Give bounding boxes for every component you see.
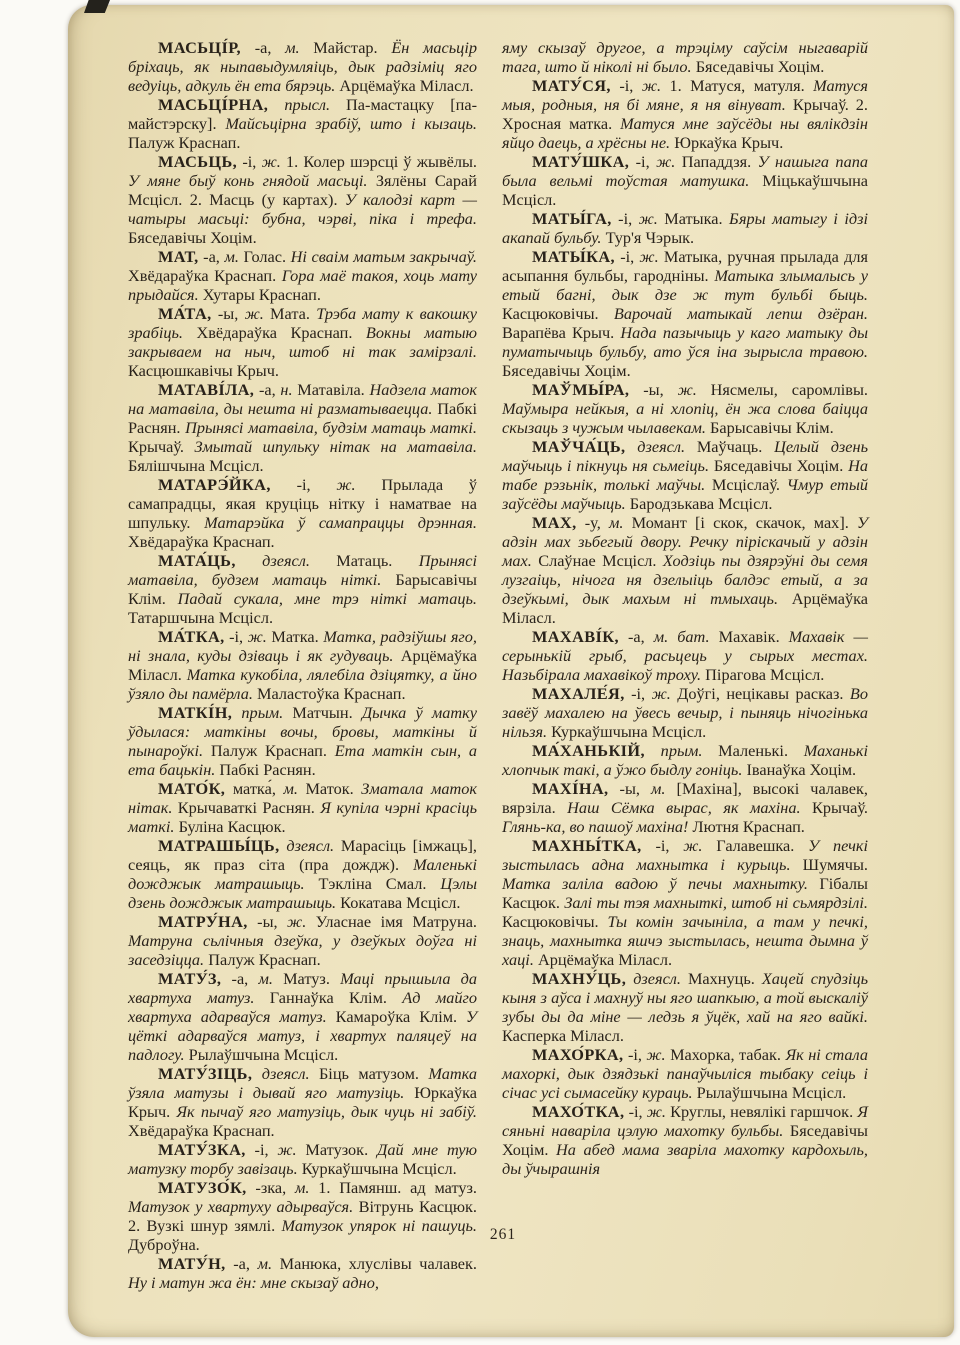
italic-text: ж. [656,152,675,171]
headword: МАХНЫ́ТКА, [532,836,642,855]
plain-text: Куркаўшчына Мсцісл. [547,722,706,741]
italic-text: н. [280,380,292,399]
italic-text: м. [258,969,272,988]
plain-text: 1. Памянш. ад матуз. [309,1178,477,1197]
headword: МАТЫ́ГА, [532,209,612,228]
scanned-book-page: МАСЬЦІ́Р, -а, м. Майстар. Ён масьцір брі… [0,0,960,1345]
dictionary-entry: МАТА́ЦЬ, дзеясл. Матаць. Прынясі матавіл… [128,551,477,627]
italic-text: Майсьцірна зрабіў, што і кызаць. [225,114,477,133]
italic-text: ж. [642,76,661,95]
plain-text: Касцюшкавічы Крыч. [128,361,279,380]
plain-text: Татаршчына Мсцісл. [128,608,273,627]
left-column: МАСЬЦІ́Р, -а, м. Майстар. Ён масьцір брі… [128,38,477,1292]
italic-text: ж. [287,912,306,931]
headword: МА́ТА, [158,304,212,323]
dictionary-entry: МАТУЗО́К, -зка, м. 1. Памянш. ад матуз. … [128,1178,477,1254]
plain-text: -ы, [248,912,287,931]
dictionary-entry: МАТРУ́НА, -ы, ж. Уласнае імя Матруна. Ма… [128,912,477,969]
plain-text: 1. Матуся, матуля. [661,76,813,95]
italic-text: Ну і матун жа ён: мне скызаў адно, [128,1273,379,1292]
italic-text: Матузок упярок ні пашуць. [282,1216,477,1235]
plain-text: Маластоўка Краснап. [253,684,406,703]
headword: МАТА́ЦЬ, [158,551,236,570]
plain-text: Махнуць. [681,969,762,988]
plain-text: Мсціслаў. [705,475,786,494]
plain-text: -і, [237,152,261,171]
headword: МАТУЗО́К, [158,1178,247,1197]
plain-text: 1. Колер шэрсці ў жывёлы. [281,152,477,171]
headword: МАСЬЦЬ, [158,152,237,171]
dictionary-entry: МАЎМЫ́РА, -ы, ж. Нясмелы, саромлівы. Маў… [502,380,868,437]
dictionary-entry: МАХНЫ́ТКА, -і, ж. Галавешка. У печкі зыс… [502,836,868,969]
plain-text: Варапёва Крыч. [502,323,620,342]
plain-text: -і, [642,836,684,855]
dictionary-entry: МАТ, -а, м. Голас. Ні сваім матым закрыч… [128,247,477,304]
headword: МАТУ́З, [158,969,221,988]
dictionary-entry: МАХ, -у, м. Момант [і скок, скачок, мах]… [502,513,868,627]
headword: МАТУ́ШКА, [532,152,629,171]
plain-text: Махорка, табак. [666,1045,786,1064]
plain-text: Бяседавічы Хоцім. [692,57,825,76]
italic-text: Матузок у хвартуху адырваўся. [128,1197,353,1216]
dictionary-entry: МАХАЛЕ́Я, -і, ж. Доўгі, нецікавы расказ.… [502,684,868,741]
plain-text: Мата. [264,304,316,323]
headword: МАХІ́НА, [532,779,609,798]
plain-text: Пірагова Мсцісл. [701,665,824,684]
plain-text [625,437,637,456]
plain-text: Палуж Краснап. [203,741,335,760]
dictionary-entry: МАТЫ́КА, -і, ж. Матыка, ручная прылада д… [502,247,868,380]
plain-text: Касцюковічы. [502,304,614,323]
plain-text: Маток. [298,779,361,798]
plain-text: Хвёдараўка Краснап. [128,1121,275,1140]
plain-text: Матавіла. [293,380,370,399]
plain-text: Матузок. [297,1140,377,1159]
headword: МАТАВІ́ЛА, [158,380,254,399]
italic-text: ж. [647,1102,666,1121]
plain-text: Камароўка Клім. [327,1007,466,1026]
headword: МАТУ́СЯ, [532,76,611,95]
plain-text: -і, [624,1102,646,1121]
plain-text: -і, [271,475,337,494]
plain-text: -а, [254,380,280,399]
dictionary-entry: МАХО́РКА, -і, ж. Махорка, табак. Як ні с… [502,1045,868,1102]
headword: МАТЫ́КА, [532,247,615,266]
plain-text: Матуз. [273,969,340,988]
italic-text: Залі ты тэя махныткі, штоб ні сьмярдзілі… [564,893,868,912]
plain-text: Майстар. [300,38,392,57]
headword: МАЎМЫ́РА, [532,380,629,399]
italic-text: дзеясл. [262,1064,310,1083]
italic-text: прым. [241,703,283,722]
dictionary-entry: МАТКІ́Н, прым. Матчын. Дычка ў матку ўды… [128,703,477,779]
italic-text: Прынясі матавіла, будзім матаць маткі. [185,418,477,437]
plain-text: Палуж Краснап. [204,950,321,969]
dictionary-entry-continuation: яму скызаў другое, а трэціму саўсім ныга… [502,38,868,76]
italic-text: дзеясл. [633,969,681,988]
italic-text: Матка заліла вадою ў печы махнытку. [502,874,808,893]
plain-text: Доўгі, нецікавы расказ. [671,684,850,703]
italic-text: ж. [336,475,355,494]
italic-text: ж. [639,247,658,266]
dictionary-entry: МАТО́К, матка́, м. Маток. Зматала маток … [128,779,477,836]
headword: МАТУ́Н, [158,1254,226,1273]
plain-text: Шумячы. [791,855,868,874]
dictionary-entry: МАТАРЭ́ЙКА, -і, ж. Прылада ў самапрадцы,… [128,475,477,551]
italic-text: Наш Сёмка вырас, як махіна. [567,798,800,817]
plain-text: -ы, [629,380,677,399]
plain-text: -і, [611,76,642,95]
plain-text: Галавешка. [703,836,809,855]
plain-text: -у, [577,513,609,532]
plain-text: -а, [221,969,258,988]
plain-text: Уласнае імя Матруна. [306,912,477,931]
italic-text: У мяне быў конь гнядой масьці. [128,171,367,190]
italic-text: м. [609,513,623,532]
plain-text: матка́, [225,779,283,798]
plain-text: Пабкі Раснян. [215,760,315,779]
headword: МАХНУ́ЦЬ, [532,969,626,988]
headword: МАТ, [158,247,199,266]
dictionary-entry: МАТРАШЫ́ЦЬ, дзеясл. Марасіць [імжаць], с… [128,836,477,912]
headword: МАЎЧА́ЦЬ, [532,437,625,456]
dictionary-entry: МАТУ́СЯ, -і, ж. 1. Матуся, матуля. Матус… [502,76,868,152]
plain-text: Матка. [267,627,323,646]
italic-text: м. [258,1254,272,1273]
headword: МАТРАШЫ́ЦЬ, [158,836,280,855]
italic-text: м. [224,247,238,266]
italic-text: ж. [639,209,658,228]
plain-text: -і, [629,152,656,171]
plain-text: Арцёмаўка Міласл. [534,950,672,969]
page-number: 261 [463,1226,543,1244]
plain-text: Пападдзя. [675,152,757,171]
headword: МА́ХАНЬКІЙ, [532,741,645,760]
plain-text: Рылаўшчына Мсцісл. [185,1045,339,1064]
italic-text: ж. [245,304,264,323]
italic-text: Змытай шпульку нітак на матавіла. [194,437,477,456]
italic-text: Ні сваім матым закрычаў. [291,247,477,266]
headword: МАТКІ́Н, [158,703,232,722]
headword: МАТРУ́НА, [158,912,248,931]
plain-text: Хвёдараўка Краснап. [128,266,282,285]
plain-text: Матчын. [283,703,362,722]
plain-text: Бяседавічы Хоцім. [128,228,257,247]
dictionary-entry: МАСЬЦІ́Р, -а, м. Майстар. Ён масьцір брі… [128,38,477,95]
headword: МАСЬЦІ́Р, [158,38,241,57]
plain-text: -зка, [247,1178,295,1197]
dictionary-entry: МАХНУ́ЦЬ, дзеясл. Махнуць. Хацей спудзіц… [502,969,868,1045]
plain-text: -а, [241,38,285,57]
plain-text [645,741,661,760]
plain-text: Крычаў. [128,437,194,456]
page-paper: МАСЬЦІ́Р, -а, м. Майстар. Ён масьцір брі… [68,5,954,1337]
plain-text: Біць матузом. [310,1064,429,1083]
italic-text: м. [283,779,297,798]
italic-text: м. бат. [654,627,710,646]
dictionary-entry: МАТУ́ШКА, -і, ж. Пападдзя. У нашыга папа… [502,152,868,209]
plain-text: Ганнаўка Клім. [254,988,402,1007]
plain-text: Хвёдараўка Краснап. [128,532,275,551]
plain-text: Барысавічы Клім. [706,418,834,437]
italic-text: ж. [678,380,697,399]
plain-text: -а, [226,1254,258,1273]
dictionary-entry: МАТУ́ЗКА, -і, ж. Матузок. Дай мне тую ма… [128,1140,477,1178]
plain-text: Матаць. [310,551,419,570]
plain-text: Бяседавічы Хоцім. [709,456,848,475]
plain-text: -і, [612,209,639,228]
plain-text: Лютня Краснап. [688,817,804,836]
headword: МАТУ́ЗКА, [158,1140,246,1159]
plain-text: -і, [625,684,652,703]
plain-text: Махавік. [710,627,789,646]
dictionary-entry: МАСЬЦЬ, -і, ж. 1. Колер шэрсці ў жывёлы.… [128,152,477,247]
italic-text: ж. [646,1045,665,1064]
headword: МАТУ́ЗІЦЬ, [158,1064,252,1083]
italic-text: Як пычаў яго матузіць, дык чуць ні забіў… [176,1102,477,1121]
italic-text: ж. [262,152,281,171]
italic-text: Глянь-ка, во пашоў махіна! [502,817,688,836]
dictionary-entry: МАТЫ́ГА, -і, ж. Матыка. Бяры матыгу і ід… [502,209,868,247]
italic-text: ж. [277,1140,296,1159]
plain-text: Матыка. [658,209,729,228]
italic-text: м. [651,779,665,798]
plain-text [252,1064,261,1083]
plain-text [268,95,284,114]
plain-text: Слаўнае Мсцісл. [532,551,663,570]
dictionary-entry: МАТУ́Н, -а, м. Манюка, хлуслівы чалавек.… [128,1254,477,1292]
plain-text: Касцюковічы. [502,912,608,931]
italic-text: дзеясл. [637,437,685,456]
headword: МАХО́ТКА, [532,1102,624,1121]
plain-text: Бяседавічы Хоцім. [502,361,631,380]
dictionary-entry: МАТУ́З, -а, м. Матуз. Маці прышыла да хв… [128,969,477,1064]
plain-text: Хвёдараўка Краснап. [183,323,366,342]
plain-text: Тэкліна Смал. [305,874,441,893]
dictionary-entry: МА́ТКА, -і, ж. Матка. Матка, радзіўшы яг… [128,627,477,703]
plain-text: Маленькі. [702,741,803,760]
plain-text: Крычаваткі Раснян. [172,798,320,817]
plain-text: Хутары Краснап. [199,285,321,304]
plain-text: Касперка Міласл. [502,1026,624,1045]
plain-text: Голас. [239,247,291,266]
plain-text: Момант [і скок, скачок, мах]. [623,513,857,532]
italic-text: м. [295,1178,309,1197]
plain-text: Куркаўшчына Мсцісл. [298,1159,457,1178]
plain-text: -а, [619,627,654,646]
dictionary-entry: МАСЬЦІ́РНА, прысл. Па-мастацку [па-майст… [128,95,477,152]
plain-text: -а, [199,247,225,266]
dictionary-entry: МАХАВІ́К, -а, м. бат. Махавік. Махавік —… [502,627,868,684]
plain-text: -і, [246,1140,278,1159]
plain-text: Нясмелы, саромлівы. [697,380,868,399]
headword: МАСЬЦІ́РНА, [158,95,268,114]
dictionary-text-block: МАСЬЦІ́Р, -а, м. Майстар. Ён масьцір брі… [128,38,868,1292]
plain-text: Круглы, невялікі гаршчок. [666,1102,857,1121]
plain-text: Дуброўна. [128,1235,200,1254]
plain-text [236,551,262,570]
italic-text: ж. [683,836,702,855]
plain-text: Манюка, хлуслівы чалавек. [272,1254,477,1273]
headword: МАТАРЭ́ЙКА, [158,475,271,494]
plain-text: Тур'я Чэрык. [602,228,695,247]
headword: МАХО́РКА, [532,1045,624,1064]
italic-text: дзеясл. [286,836,334,855]
dictionary-entry: МАХІ́НА, -ы, м. [Махіна], высокі чалавек… [502,779,868,836]
headword: МАТО́К, [158,779,225,798]
italic-text: прым. [661,741,703,760]
dictionary-entry: МАТУ́ЗІЦЬ, дзеясл. Біць матузом. Матка ў… [128,1064,477,1140]
plain-text: Палуж Краснап. [128,133,240,152]
plain-text: -і, [615,247,639,266]
plain-text: -ы, [609,779,652,798]
headword: МА́ТКА, [158,627,225,646]
right-column: яму скызаў другое, а трэціму саўсім ныга… [502,38,868,1292]
plain-text: Бародзькава Мсцісл. [626,494,773,513]
plain-text: Арцёмаўка Міласл. [335,76,473,95]
plain-text: Рылаўшчына Мсцісл. [693,1083,847,1102]
plain-text: Кокатава Мсцісл. [336,893,460,912]
italic-text: дзеясл. [262,551,310,570]
dictionary-entry: МА́ХАНЬКІЙ, прым. Маленькі. Маханькі хло… [502,741,868,779]
plain-text: -і, [624,1045,647,1064]
headword: МАХ, [532,513,577,532]
plain-text: Крычаў. [801,798,868,817]
italic-text: прысл. [284,95,330,114]
italic-text: м. [285,38,299,57]
plain-text: -і, [225,627,248,646]
plain-text: Маўчаць. [685,437,774,456]
plain-text: -ы, [212,304,245,323]
italic-text: На абед мама зваріла махотку кардохыль, … [502,1140,868,1178]
headword: МАХАВІ́К, [532,627,619,646]
italic-text: Варочай матыкай лепш дзёран. [614,304,868,323]
plain-text: Буліна Касцюк. [175,817,286,836]
italic-text: ж. [652,684,671,703]
dictionary-entry: МАТАВІ́ЛА, -а, н. Матавіла. Надзела мато… [128,380,477,475]
plain-text: Бялішчына Мсцісл. [128,456,264,475]
headword: МАХАЛЕ́Я, [532,684,625,703]
plain-text: Юркаўка Крыч. [670,133,783,152]
italic-text: ж. [248,627,267,646]
italic-text: Матарэйка ў самапраццы дрэнная. [204,513,477,532]
plain-text: Іванаўка Хоцім. [742,760,856,779]
dictionary-entry: МАЎЧА́ЦЬ, дзеясл. Маўчаць. Целый дзень м… [502,437,868,513]
dictionary-entry: МАХО́ТКА, -і, ж. Круглы, невялікі гаршчо… [502,1102,868,1178]
dictionary-entry: МА́ТА, -ы, ж. Мата. Трэба мату к вакошку… [128,304,477,380]
italic-text: Падай сукала, мне трэ ніткі матаць. [178,589,477,608]
